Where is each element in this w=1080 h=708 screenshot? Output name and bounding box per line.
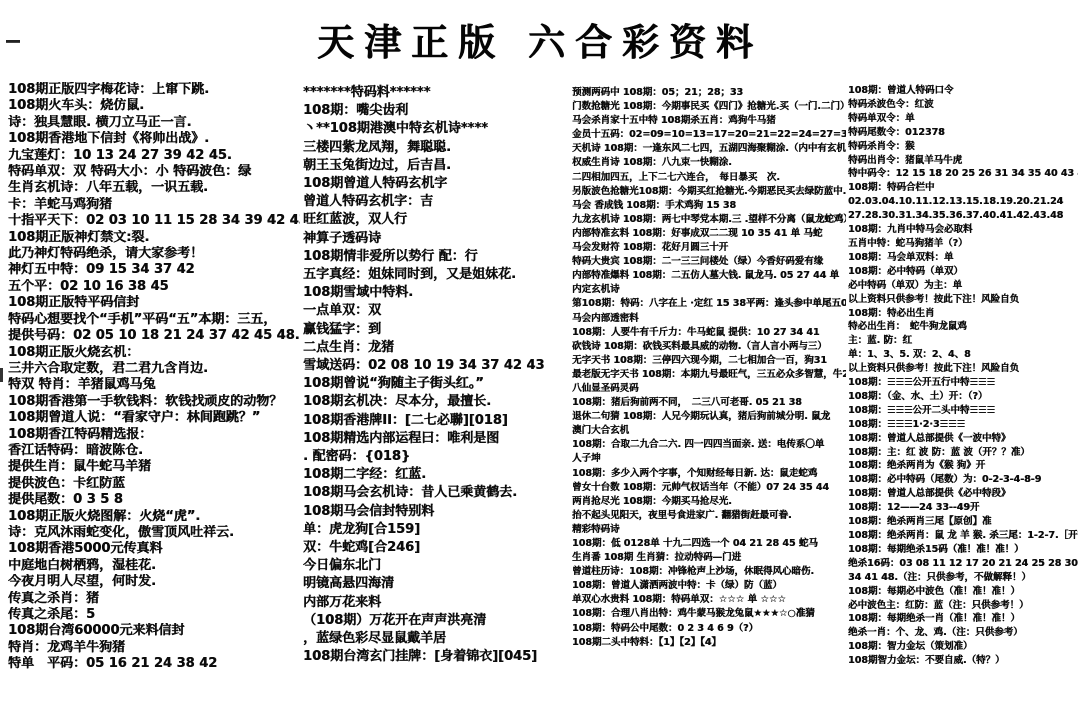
- text-line: 曾道人特码玄机字：吉: [303, 193, 571, 211]
- text-line: 澳门大合玄机: [572, 424, 846, 438]
- text-line: 108期香港地下信封《将帅出战》.: [8, 131, 300, 147]
- text-line: 108期曾说“狗随主子街头红。”: [303, 375, 571, 393]
- text-line: 十指平天下：02 03 10 11 15 28 34 39 42 43.: [8, 213, 300, 229]
- text-line: 108期正版特平码信封: [8, 295, 300, 311]
- text-line: 卡：羊蛇马鸡狗猪: [8, 197, 300, 213]
- text-line: 人子坤: [572, 452, 846, 466]
- text-line: 马会 香成钱 108期：手术鸡狗 15 38: [572, 199, 846, 213]
- text-line: 108期：特码公中尾数：0 2 3 4 6 9（?）: [572, 622, 846, 636]
- text-line: 权威生肖诗 108期：八九束一快糊涂.: [572, 156, 846, 170]
- text-line: 两肖抢尽光 108期：今期买马抢尽光.: [572, 495, 846, 509]
- text-line: 传真之杀尾：5: [8, 607, 300, 623]
- text-line: 以上资料只供参考！按此下注！风险自负: [848, 293, 1078, 307]
- text-line: 马会内部透密料: [572, 312, 846, 326]
- text-line: 赢钱猛字：到: [303, 321, 571, 339]
- text-line: 退休二句猜 108期：人兄今期玩认真，猪后狗前城分明. 鼠龙: [572, 410, 846, 424]
- text-line: 特码单双令：单: [848, 112, 1078, 126]
- text-line: 特码出肖令：猪鼠羊马牛虎: [848, 154, 1078, 168]
- text-line: 雪域送码：02 08 10 19 34 37 42 43: [303, 357, 571, 375]
- text-line: 三井六合取定数，君二君九含肖边.: [8, 361, 300, 377]
- text-line: 108期马会信封特别料: [303, 503, 571, 521]
- text-line: 特双 特肖：羊猪鼠鸡马兔: [8, 377, 300, 393]
- text-line: 九宝莲灯：10 13 24 27 39 42 45.: [8, 148, 300, 164]
- text-line: （108期）万花开在声声洪亮清: [303, 612, 571, 630]
- text-line: 108期：必中特码（单双）: [848, 265, 1078, 279]
- text-line: 提供尾数：0 3 5 8: [8, 492, 300, 508]
- text-line: 提供生肖：鼠牛蛇马羊猪: [8, 459, 300, 475]
- text-line: 108期：每期绝杀15码（准！准！准！）: [848, 543, 1078, 557]
- text-line: 主：蓝. 防：红: [848, 334, 1078, 348]
- text-line: 特码大贵宾 108期：二一三三问楼处（绿）今香好码爱有缘: [572, 255, 846, 269]
- text-line: 二四相加四五，上下二七六连合， 每日暴买 次.: [572, 171, 846, 185]
- text-line: 绝杀一肖：个、龙、鸡.（注：只供参考）: [848, 626, 1078, 640]
- text-line: 108期：曾道人总部提供《必中特段》: [848, 487, 1078, 501]
- text-line: 108期马会玄机诗：昔人已乘黄鹤去.: [303, 484, 571, 502]
- text-line: 108期：智力金坛（策划准）: [848, 640, 1078, 654]
- text-line: 最老版无字天书 108期：本期九号最旺气，三五必众多智慧，牛28: [572, 368, 846, 382]
- text-line: 诗：克风沐雨蛇变化，傲雪顶风吐祥云.: [8, 525, 300, 541]
- text-line: 108期：12——24 33--49开: [848, 501, 1078, 515]
- text-line: 绝杀16码：03 08 11 12 17 20 21 24 25 28 30 3…: [848, 557, 1078, 571]
- text-line: 九龙玄机诗 108期：两七中琴党本期.三 .望样不分离（鼠龙蛇鸡）: [572, 213, 846, 227]
- text-line: 单双心水贵料 108期：特码单双：☆☆☆ 单 ☆☆☆: [572, 593, 846, 607]
- text-line: 神灯五中特：09 15 34 37 42: [8, 262, 300, 278]
- text-line: 特单 平码：05 16 21 24 38 42: [8, 656, 300, 672]
- text-line: 108期：低 0128单 十九二四选一个 04 21 28 45 蛇马: [572, 537, 846, 551]
- page-title: 天津正版 六合彩资料: [0, 12, 1080, 66]
- text-line: 内定玄机诗: [572, 283, 846, 297]
- text-line: 二点生肖：龙猪: [303, 339, 571, 357]
- text-line: 108期：人要牛有千斤力：牛马蛇鼠 提供：10 27 34 41: [572, 326, 846, 340]
- text-line: 提供号码：02 05 10 18 21 24 37 42 45 48.: [8, 328, 300, 344]
- text-line: 27.28.30.31.34.35.36.37.40.41.42.43.48: [848, 209, 1078, 223]
- text-line: 108期：特必出生肖: [848, 307, 1078, 321]
- text-line: 香江话特码：暗波陈仓.: [8, 443, 300, 459]
- text-line: 无字天书 108期：三停四六现今期，二七相加合一百，狗31: [572, 354, 846, 368]
- text-line: 108期雪域中特料.: [303, 284, 571, 302]
- text-line: 明镜高悬四海清: [303, 575, 571, 593]
- text-line: 108期曾道人说：“看家守户：林间跑跳？”: [8, 410, 300, 426]
- text-line: 门数抢糖光 108期：今期事民买《四门》抢糖光.买（一门.二门）中: [572, 100, 846, 114]
- text-line: 第108期：特码：八字在上 ·定红 15 38平两：逢头参中单尾五03 22: [572, 297, 846, 311]
- text-line: 108期台湾玄门挂牌：[身着锦衣][045]: [303, 648, 571, 666]
- text-line: 五肖中特：蛇马狗猪羊（?）: [848, 237, 1078, 251]
- text-line: 108期台湾60000元来料信封: [8, 623, 300, 639]
- text-line: 108期：（金、水、土）开：（?）: [848, 390, 1078, 404]
- text-line: 108期正版火烧图解：火烧“虎”.: [8, 509, 300, 525]
- text-line: 108期曾道人特码玄机字: [303, 175, 571, 193]
- text-line: 一点单双：双: [303, 302, 571, 320]
- text-line: 必中特码（单双）为主：单: [848, 279, 1078, 293]
- text-line: 108期：合取二九合二六. 四一四四当面亲. 送：电传系〇单: [572, 438, 846, 452]
- text-line: 今夜月明人尽望，何时发.: [8, 574, 300, 590]
- lottery-info-sheet: 天津正版 六合彩资料 108期正版四字梅花诗：上窜下跳.108期火车头：烧仿鼠.…: [0, 0, 1080, 708]
- text-line: 108期：嘴尖齿利: [303, 102, 571, 120]
- text-line: 108期：曾道人特码口令: [848, 84, 1078, 98]
- text-line: . 配密码：{018}: [303, 448, 571, 466]
- text-line: 108期智力金坛：不要自威.（特？）: [848, 654, 1078, 668]
- text-line: 特肖：龙鸡羊牛狗猪: [8, 640, 300, 656]
- text-line: 天机诗 108期：一逢东风二七四，五湖四海聚糊涂.（内中有玄机）: [572, 142, 846, 156]
- text-line: 108期：绝杀两肖为《猴 狗》开: [848, 459, 1078, 473]
- text-line: 108期：特码合栏中: [848, 181, 1078, 195]
- text-line: 108期二头中特料：【1】【2】【4】: [572, 636, 846, 650]
- text-line: 预测两码中 108期：05；21；28；33: [572, 86, 846, 100]
- text-line: 108期：每期绝杀一肖（准！准！准！）: [848, 612, 1078, 626]
- text-line: 内部特准玄料 108期：好事成双二二现 10 35 41 单 马蛇: [572, 227, 846, 241]
- text-line: 神算子透码诗: [303, 230, 571, 248]
- text-line: 108期香港牌II：[二七必聯][018]: [303, 412, 571, 430]
- text-line: 金员十五码：02=09=10=13=17=20=21=22=24=27=30=3…: [572, 128, 846, 142]
- text-line: 单：1、3、5. 双：2、4、8: [848, 348, 1078, 362]
- text-line: 八仙显圣码灵码: [572, 382, 846, 396]
- text-line: 108期：马会单双料：单: [848, 251, 1078, 265]
- text-line: 特码单双：双 特码大小：小 特码波色：绿: [8, 164, 300, 180]
- text-line: 特码尾数令：012378: [848, 126, 1078, 140]
- margin-mark: [6, 40, 20, 43]
- text-line: 34 41 48.（注：只供参考，不做解释！）: [848, 571, 1078, 585]
- text-line: ，蓝绿色彩尽显鼠戴羊居: [303, 630, 571, 648]
- text-line: 丶**108期港澳中特玄机诗****: [303, 120, 571, 138]
- text-line: 108期：必中特码（尾数）为：0-2-3-4-8-9: [848, 473, 1078, 487]
- text-line: 双：牛蛇鸡[合246]: [303, 539, 571, 557]
- text-line: 108期二字经：红蓝.: [303, 466, 571, 484]
- text-line: 内部万花来料: [303, 594, 571, 612]
- text-line: 108期：☰☰☰1·2·3☰☰☰: [848, 418, 1078, 432]
- text-line: 108期：九肖中特马会必取料: [848, 223, 1078, 237]
- text-line: *******特码料******: [303, 84, 571, 102]
- text-line: 曾道柱历诗：108期：冲锋枪声上沙场，休眠得风心暗伤.: [572, 565, 846, 579]
- text-line: 必中波色主：红防：蓝（注：只供参考！）: [848, 599, 1078, 613]
- text-line: 108期：☰☰☰公开二头中特☰☰☰: [848, 404, 1078, 418]
- text-line: 108期：☰☰☰公开五行中特☰☰☰: [848, 376, 1078, 390]
- text-line: 朝王玉兔街边过，后吉昌.: [303, 157, 571, 175]
- margin-tick: [0, 368, 3, 382]
- text-line: 马会杀肖家十五中特 108期杀五肖：鸡狗牛马猪: [572, 114, 846, 128]
- text-line: 另版波色抢糖光108期：今期买红抢糖光.今期恶民买去绿防蓝中.: [572, 185, 846, 199]
- right-column: 108期：曾道人特码口令特码杀波色令：红波特码单双令：单特码尾数令：012378…: [848, 84, 1078, 668]
- text-line: 提供波色：卡红防蓝: [8, 476, 300, 492]
- text-line: 生肖番 108期 生肖猜：拉动特码—门进: [572, 551, 846, 565]
- text-line: 单：虎龙狗[合159]: [303, 521, 571, 539]
- text-line: 五个平：02 10 16 38 45: [8, 279, 300, 295]
- text-line: 108期玄机决：尽本分，最擅长.: [303, 393, 571, 411]
- text-line: 曾女十台数 108期：元帅气权话当年（不能）07 24 35 44: [572, 481, 846, 495]
- text-line: 中庭地白树栖鸦，湿桂花.: [8, 558, 300, 574]
- text-line: 马会发财符 108期：花好月圆三十开: [572, 241, 846, 255]
- text-line: 108期：猪后狗前两不同， 二三八可老哥. 05 21 38: [572, 396, 846, 410]
- text-line: 108期：合理八肖出特：鸡牛蒙马猴龙兔鼠★★★☆○准猜: [572, 607, 846, 621]
- text-line: 02.03.04.10.11.12.13.15.18.19.20.21.24: [848, 195, 1078, 209]
- text-line: 抬不起头见阳天，夜里号食进家广. 翻猎街赶最可眷.: [572, 509, 846, 523]
- text-line: 三楼四紫龙凤翔，舞聪聪.: [303, 139, 571, 157]
- text-line: 108期香港5000元传真料: [8, 541, 300, 557]
- text-line: 传真之杀肖：猪: [8, 591, 300, 607]
- text-line: 108期：曾道人潇洒两波中特：卡（绿）防（蓝）: [572, 579, 846, 593]
- text-line: 特码杀波色令：红波: [848, 98, 1078, 112]
- text-line: 108期情非爱所以势行 配：行: [303, 248, 571, 266]
- text-line: 特码杀肖令：猴: [848, 140, 1078, 154]
- text-line: 生肖玄机诗：八年五载，一识五载.: [8, 180, 300, 196]
- text-line: 今日偏东北门: [303, 557, 571, 575]
- left-column: 108期正版四字梅花诗：上窜下跳.108期火车头：烧仿鼠.诗：独具慧眼. 横刀立…: [8, 82, 300, 673]
- text-line: 特必出生肖： 蛇牛狗龙鼠鸡: [848, 320, 1078, 334]
- mid-left-column: *******特码料******108期：嘴尖齿利丶**108期港澳中特玄机诗*…: [303, 84, 571, 667]
- text-line: 诗：独具慧眼. 横刀立马正一言.: [8, 115, 300, 131]
- text-line: 108期香江特码精选报：: [8, 427, 300, 443]
- text-line: 特中码令：12 15 18 20 25 26 31 34 35 40 43 48: [848, 167, 1078, 181]
- text-line: 旺红蓝波，双人行: [303, 211, 571, 229]
- text-line: 108期正版神灯禁文:裂.: [8, 230, 300, 246]
- text-line: 此乃神灯特码绝杀，请大家参考！: [8, 246, 300, 262]
- text-line: 108期火车头：烧仿鼠.: [8, 98, 300, 114]
- text-line: 五字真经：姐妹同时到，又是姐妹花.: [303, 266, 571, 284]
- text-line: 内部特准爆料 108期：二五仿人墓大钱. 鼠龙马. 05 27 44 单: [572, 269, 846, 283]
- text-line: 108期：绝杀两肖：鼠 龙 羊 猴. 杀三尾：1-2-7.［开？］: [848, 529, 1078, 543]
- text-line: 108期香港第一手软钱料：软钱找顽皮的动物？: [8, 394, 300, 410]
- text-line: 108期：每期必中波色（准！准！准！）: [848, 585, 1078, 599]
- text-line: 砍钱诗 108期：砍钱买料最具威的动物.（言人言小两与三）: [572, 340, 846, 354]
- text-line: 108期：多少入两个字事，个知财经每日新. 达：鼠走蛇鸡: [572, 467, 846, 481]
- text-line: 108期：主：红 波 防：蓝 波（开？？准）: [848, 446, 1078, 460]
- mid-right-column: 预测两码中 108期：05；21；28；33门数抢糖光 108期：今期事民买《四…: [572, 86, 846, 650]
- text-line: 108期：绝杀两肖三尾【原创】准: [848, 515, 1078, 529]
- text-line: 特码心想要找个“手机”平码“五”本期：三五，: [8, 312, 300, 328]
- text-line: 以上资料只供参考！按此下注！风险自负: [848, 362, 1078, 376]
- text-line: 108期正版四字梅花诗：上窜下跳.: [8, 82, 300, 98]
- text-line: 108期：曾道人总部提供《一波中特》: [848, 432, 1078, 446]
- text-line: 精彩特码诗: [572, 523, 846, 537]
- text-line: 108期精选内部运程曰：唯利是图: [303, 430, 571, 448]
- text-line: 108期正版火烧玄机：: [8, 345, 300, 361]
